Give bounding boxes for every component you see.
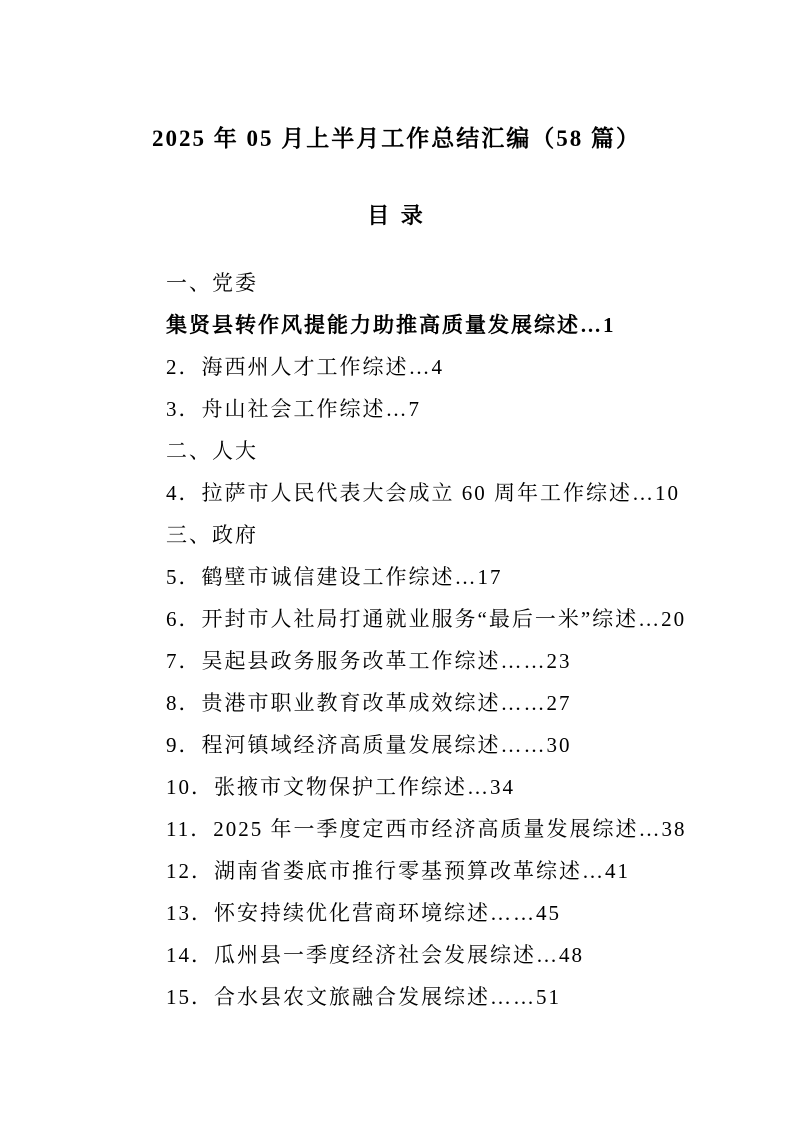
toc-entry: 12．湖南省娄底市推行零基预算改革综述…41: [166, 850, 753, 892]
document-page: 2025 年 05 月上半月工作总结汇编（58 篇） 目 录 一、党委 集贤县转…: [0, 0, 793, 1122]
toc-entry: 11．2025 年一季度定西市经济高质量发展综述…38: [166, 808, 753, 850]
toc-entry: 3．舟山社会工作综述…7: [166, 388, 753, 430]
toc-entry: 6．开封市人社局打通就业服务“最后一米”综述…20: [166, 598, 753, 640]
toc-entry: 2．海西州人才工作综述…4: [166, 346, 753, 388]
toc-entry: 7．吴起县政务服务改革工作综述……23: [166, 640, 753, 682]
toc-section-heading: 一、党委: [166, 262, 753, 304]
document-title: 2025 年 05 月上半月工作总结汇编（58 篇）: [0, 124, 793, 154]
toc-entry: 4．拉萨市人民代表大会成立 60 周年工作综述…10: [166, 472, 753, 514]
toc-section-heading: 二、人大: [166, 430, 753, 472]
toc-entry: 8．贵港市职业教育改革成效综述……27: [166, 682, 753, 724]
toc-entry: 5．鹤壁市诚信建设工作综述…17: [166, 556, 753, 598]
toc-entry: 集贤县转作风提能力助推高质量发展综述…1: [166, 304, 753, 346]
toc-entry: 14．瓜州县一季度经济社会发展综述…48: [166, 934, 753, 976]
toc-entry: 13．怀安持续优化营商环境综述……45: [166, 892, 753, 934]
toc-section-heading: 三、政府: [166, 514, 753, 556]
toc-entry: 9．程河镇域经济高质量发展综述……30: [166, 724, 753, 766]
toc-entry: 15．合水县农文旅融合发展综述……51: [166, 976, 753, 1018]
toc-list: 一、党委 集贤县转作风提能力助推高质量发展综述…1 2．海西州人才工作综述…4 …: [166, 262, 753, 1018]
toc-heading: 目 录: [0, 201, 793, 231]
toc-entry: 10．张掖市文物保护工作综述…34: [166, 766, 753, 808]
